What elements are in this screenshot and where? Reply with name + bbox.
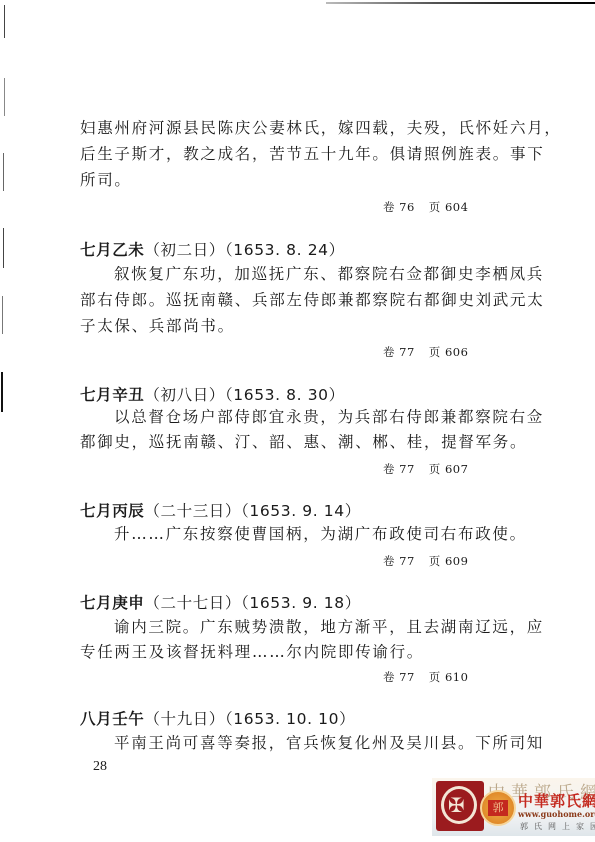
heading-day: （十九日） — [144, 710, 225, 728]
heading-date: 八月壬午 — [80, 710, 144, 728]
logo-tagline: 郭氏网上家园 — [520, 821, 595, 832]
citation-juan: 卷 77 — [383, 554, 415, 568]
logo-seal: 郭 — [480, 790, 516, 826]
entry-heading: 七月辛丑（初八日）（1653. 8. 30） — [80, 385, 345, 405]
entry-line: 子太保、兵部尚书。 — [80, 316, 235, 336]
heading-day: （初八日） — [144, 386, 225, 404]
knot-emblem-icon: ✠ — [448, 793, 465, 817]
citation-ye: 页 609 — [429, 554, 469, 568]
seal-char: 郭 — [488, 800, 508, 816]
citation-juan: 卷 77 — [383, 345, 415, 359]
citation-ye: 页 610 — [429, 670, 469, 684]
citation: 卷 76页 604 — [383, 199, 468, 215]
heading-day: （二十七日） — [144, 594, 241, 612]
heading-western-date: （1653. 9. 14） — [241, 502, 361, 520]
entry-line: 谕内三院。广东贼势溃散，地方渐平，且去湖南辽远，应 — [114, 617, 544, 637]
citation-ye: 页 606 — [429, 345, 469, 359]
citation-ye: 页 604 — [429, 200, 469, 214]
page-number: 28 — [93, 759, 107, 775]
heading-western-date: （1653. 10. 10） — [225, 710, 355, 728]
citation-ye: 页 607 — [429, 462, 469, 476]
entry-line: 部右侍郎。巡抚南赣、兵部左侍郎兼都察院右都御史刘武元太 — [80, 290, 544, 310]
citation: 卷 77页 607 — [383, 461, 468, 477]
logo-url: www.guohome.org — [518, 809, 595, 819]
top-rule — [326, 2, 595, 4]
scan-bar — [4, 78, 5, 116]
citation: 卷 77页 610 — [383, 669, 468, 685]
citation-juan: 卷 77 — [383, 462, 415, 476]
entry-line: 叙恢复广东功，加巡抚广东、都察院右佥都御史李栖凤兵 — [114, 264, 544, 284]
heading-day: （初二日） — [144, 241, 225, 259]
citation-juan: 卷 76 — [383, 200, 415, 214]
entry-heading: 八月壬午（十九日）（1653. 10. 10） — [80, 709, 355, 729]
entry-line: 专任两王及该督抚料理……尔内院即传谕行。 — [80, 642, 424, 662]
heading-day: （二十三日） — [144, 502, 241, 520]
scan-bar — [1, 372, 3, 412]
entry-line: 都御史，巡抚南赣、汀、韶、惠、潮、郴、桂，提督军务。 — [80, 432, 527, 452]
entry-heading: 七月庚申（二十七日）（1653. 9. 18） — [80, 593, 361, 613]
heading-western-date: （1653. 8. 24） — [225, 241, 345, 259]
heading-date: 七月辛丑 — [80, 386, 144, 404]
heading-date: 七月乙未 — [80, 241, 144, 259]
intro-line: 后生子斯才，教之成名，苦节五十九年。俱请照例旌表。事下 — [80, 144, 544, 164]
citation: 卷 77页 606 — [383, 344, 468, 360]
heading-date: 七月庚申 — [80, 594, 144, 612]
watermark-logo: ✠ 中華郭氏網 郭 中華郭氏網 www.guohome.org 郭氏网上家园 — [432, 778, 595, 836]
heading-western-date: （1653. 8. 30） — [225, 386, 345, 404]
entry-line: 平南王尚可喜等奏报，官兵恢复化州及吴川县。下所司知 — [114, 733, 544, 753]
entry-heading: 七月乙未（初二日）（1653. 8. 24） — [80, 240, 345, 260]
heading-western-date: （1653. 9. 18） — [241, 594, 361, 612]
intro-line: 妇惠州府河源县民陈庆公妻林氏，嫁四载，夫殁，氏怀妊六月， — [80, 118, 562, 138]
scan-bar — [2, 296, 3, 334]
citation-juan: 卷 77 — [383, 670, 415, 684]
intro-line: 所司。 — [80, 170, 132, 190]
entry-line: 以总督仓场户部侍郎宜永贵，为兵部右侍郎兼都察院右佥 — [114, 407, 544, 427]
scan-bar — [4, 5, 5, 38]
heading-date: 七月丙辰 — [80, 502, 144, 520]
scan-bar — [3, 228, 4, 268]
scan-bar — [3, 153, 4, 191]
entry-line: 升……广东按察使曹国柄，为湖广布政使司右布政使。 — [114, 524, 527, 544]
entry-heading: 七月丙辰（二十三日）（1653. 9. 14） — [80, 501, 361, 521]
logo-name: 中華郭氏網 — [518, 790, 595, 811]
citation: 卷 77页 609 — [383, 553, 468, 569]
